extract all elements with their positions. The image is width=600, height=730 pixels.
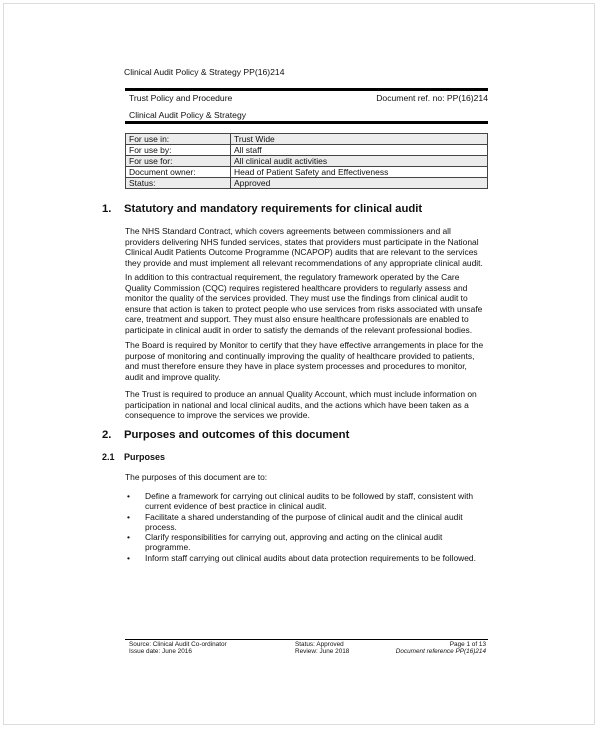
text-line: The Board is required by Monitor to cert… [125, 340, 495, 351]
text-line: and must therefore ensure they have in p… [125, 361, 495, 372]
text-line: current evidence of best practice in cli… [145, 501, 495, 511]
paragraph: The Board is required by Monitor to cert… [125, 340, 495, 382]
text-line: ensure that action is taken to protect p… [125, 304, 495, 315]
footer-status: Status: Approved Review: June 2018 [295, 641, 349, 656]
bullet-icon: • [127, 512, 130, 522]
list-item: •Clarify responsibilities for carrying o… [125, 532, 495, 553]
meta-label: For use by: [126, 145, 231, 156]
meta-label: Status: [126, 178, 231, 189]
footer-source: Source: Clinical Audit Co-ordinator Issu… [129, 641, 227, 656]
bullet-icon: • [127, 491, 130, 501]
meta-value: Trust Wide [231, 134, 488, 145]
document-meta-table: For use in: Trust Wide For use by: All s… [125, 133, 488, 189]
text-line: participate in clinical audit in order t… [125, 325, 495, 336]
page-footer: Source: Clinical Audit Co-ordinator Issu… [125, 639, 488, 662]
section-title: Statutory and mandatory requirements for… [124, 203, 422, 215]
footer-doc-ref: Document reference PP(16)214 [396, 648, 486, 655]
text-line: monitor the quality of the services prov… [125, 293, 495, 304]
policy-type: Trust Policy and Procedure [129, 93, 232, 103]
text-line: participation in national and local clin… [125, 400, 495, 411]
text-line: providers delivering NHS funded services… [125, 237, 495, 248]
paragraph: The Trust is required to produce an annu… [125, 389, 495, 421]
list-item: •Inform staff carrying out clinical audi… [125, 553, 495, 563]
text-line: consequence to improve the services we p… [125, 410, 495, 421]
text-line: Define a framework for carrying out clin… [145, 491, 495, 501]
table-row: Status: Approved [126, 178, 488, 189]
text-line: In addition to this contractual requirem… [125, 272, 495, 283]
text-line: purpose of monitoring and continually im… [125, 351, 495, 362]
text-line: they provide and must implement all rele… [125, 258, 495, 269]
running-title: Clinical Audit Policy & Strategy PP(16)2… [124, 67, 285, 77]
paragraph: In addition to this contractual requirem… [125, 272, 495, 336]
meta-value: Approved [231, 178, 488, 189]
meta-value: All clinical audit activities [231, 156, 488, 167]
text-line: Quality Commission (CQC) requires regist… [125, 283, 495, 294]
text-line: Clarify responsibilities for carrying ou… [145, 532, 495, 542]
meta-label: For use in: [126, 134, 231, 145]
meta-value: Head of Patient Safety and Effectiveness [231, 167, 488, 178]
table-row: For use by: All staff [126, 145, 488, 156]
text-line: programme. [145, 542, 495, 552]
section-number: 2. [102, 429, 111, 441]
meta-label: Document owner: [126, 167, 231, 178]
footer-page-info: Page 1 of 13 Document reference PP(16)21… [396, 641, 486, 656]
section-title: Purposes and outcomes of this document [124, 429, 349, 441]
meta-label: For use for: [126, 156, 231, 167]
text-line: Inform staff carrying out clinical audit… [145, 553, 495, 563]
document-title: Clinical Audit Policy & Strategy [129, 110, 246, 120]
table-row: For use in: Trust Wide [126, 134, 488, 145]
list-item: •Define a framework for carrying out cli… [125, 491, 495, 512]
bullet-icon: • [127, 553, 130, 563]
text-line: Facilitate a shared understanding of the… [145, 512, 495, 522]
table-row: Document owner: Head of Patient Safety a… [126, 167, 488, 178]
paragraph: The NHS Standard Contract, which covers … [125, 226, 495, 268]
subsection-title: Purposes [124, 452, 165, 462]
text-line: Clinical Audit Patients Outcome Programm… [125, 247, 495, 258]
purposes-intro: The purposes of this document are to: [125, 472, 495, 483]
document-ref: Document ref. no: PP(16)214 [376, 93, 488, 103]
purposes-list: •Define a framework for carrying out cli… [125, 491, 495, 563]
section-number: 1. [102, 203, 111, 215]
subsection-number: 2.1 [102, 452, 115, 462]
text-line: process. [145, 522, 495, 532]
meta-value: All staff [231, 145, 488, 156]
text-line: care, treatment and support. They must a… [125, 314, 495, 325]
page-number: Page 1 of 13 [396, 641, 486, 648]
document-banner: Trust Policy and Procedure Document ref.… [125, 88, 488, 124]
text-line: The Trust is required to produce an annu… [125, 389, 495, 400]
text-line: audit and improve quality. [125, 372, 495, 383]
text-line: The NHS Standard Contract, which covers … [125, 226, 495, 237]
bullet-icon: • [127, 532, 130, 542]
table-row: For use for: All clinical audit activiti… [126, 156, 488, 167]
list-item: •Facilitate a shared understanding of th… [125, 512, 495, 533]
